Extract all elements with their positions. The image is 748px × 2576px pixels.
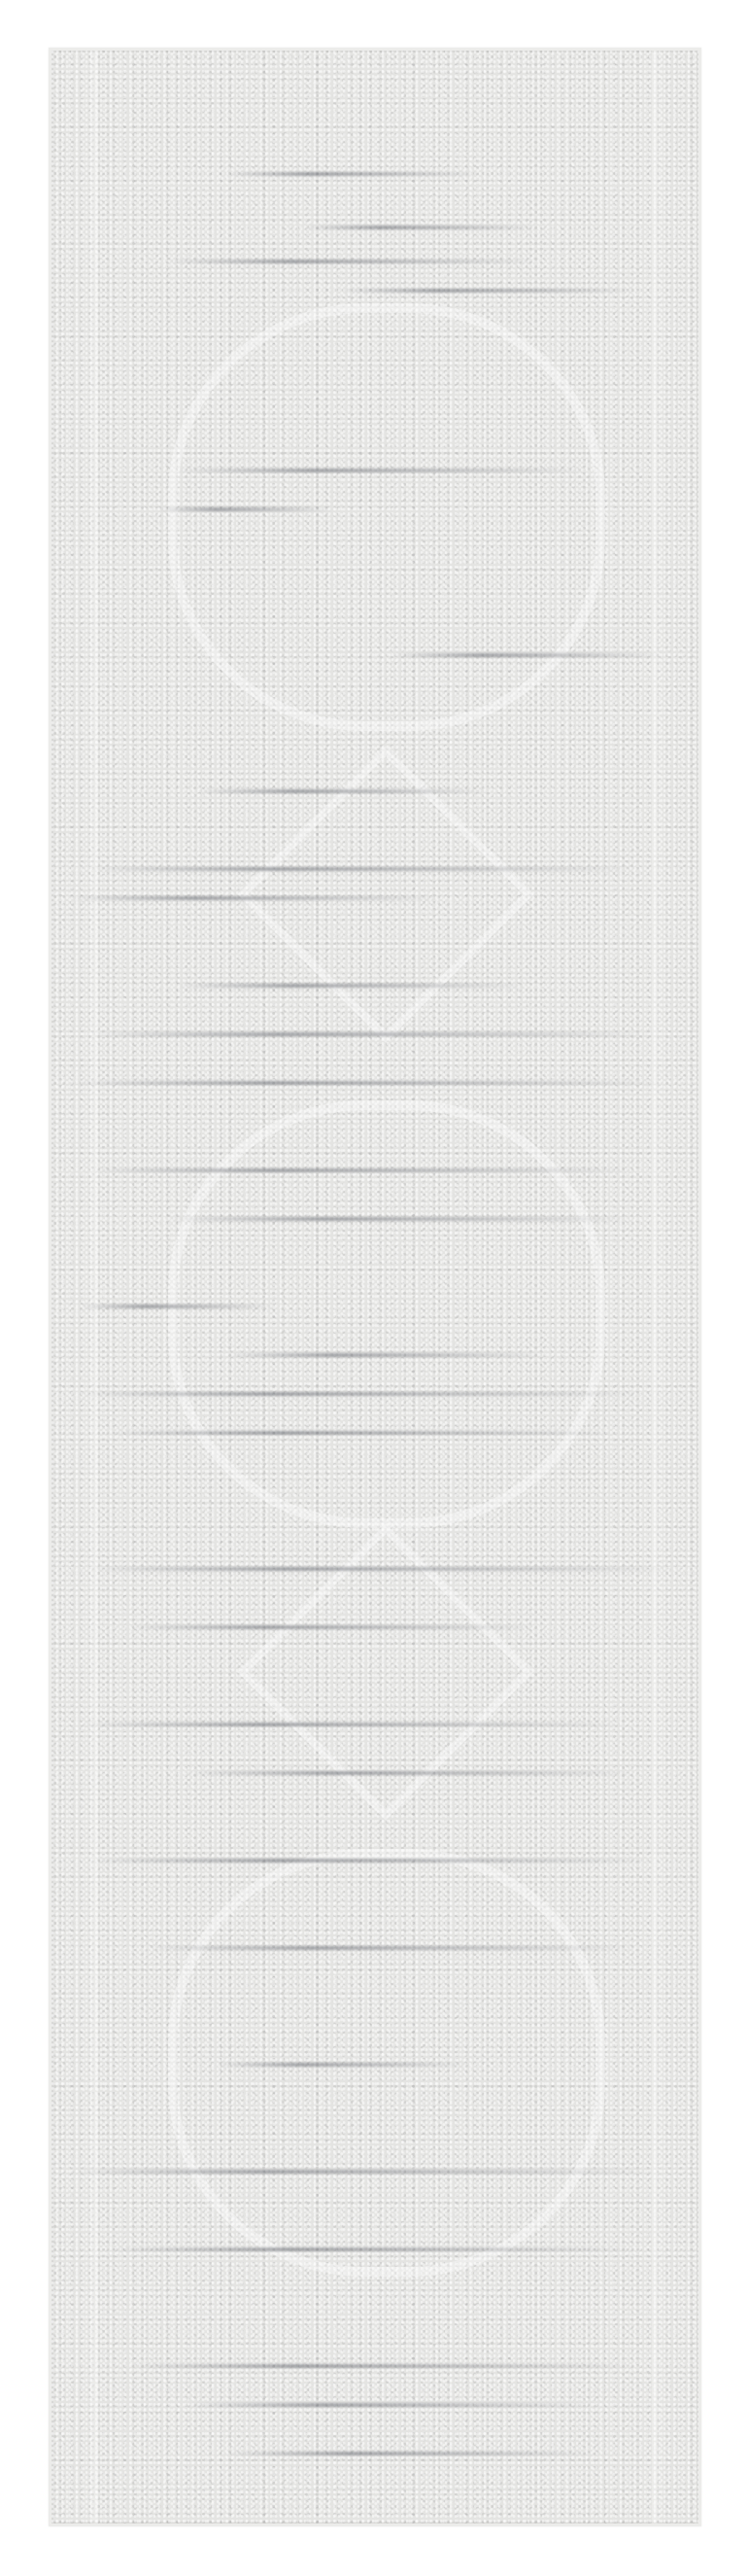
wear-streak <box>110 2247 634 2251</box>
wear-streak <box>197 789 489 793</box>
wear-streak <box>187 1771 634 1775</box>
border-line-left <box>90 51 98 2524</box>
wear-streak <box>226 2452 595 2455</box>
wear-streak <box>187 2403 595 2407</box>
wear-streak <box>129 2364 634 2368</box>
wear-streak <box>158 507 333 511</box>
wear-streak <box>178 984 527 988</box>
wear-streak <box>168 260 537 263</box>
wear-streak <box>90 1032 654 1036</box>
runner-rug <box>49 48 701 2526</box>
wear-streak <box>304 226 537 229</box>
wear-streak <box>90 1567 673 1571</box>
wear-streak <box>178 469 586 472</box>
wear-streak <box>71 2170 654 2174</box>
wear-streak <box>81 1392 644 1396</box>
medallion-motif <box>168 303 605 731</box>
wear-streak <box>110 1431 615 1435</box>
wear-streak <box>391 653 663 657</box>
wear-streak <box>168 1217 634 1221</box>
wear-streak <box>81 1723 625 1726</box>
wear-streak <box>90 1168 634 1172</box>
wear-streak <box>129 1625 537 1629</box>
medallion-motif <box>168 1100 605 1528</box>
wear-streak <box>81 1305 275 1308</box>
wear-streak <box>226 1353 547 1357</box>
wear-streak <box>217 2063 469 2067</box>
wear-streak <box>226 172 479 176</box>
wear-streak <box>71 896 440 900</box>
wear-streak <box>149 1946 634 1950</box>
wear-streak <box>90 867 634 871</box>
wear-streak <box>90 1859 654 1862</box>
wear-streak <box>71 1081 663 1085</box>
wear-streak <box>343 289 634 293</box>
border-line-right <box>652 51 660 2524</box>
